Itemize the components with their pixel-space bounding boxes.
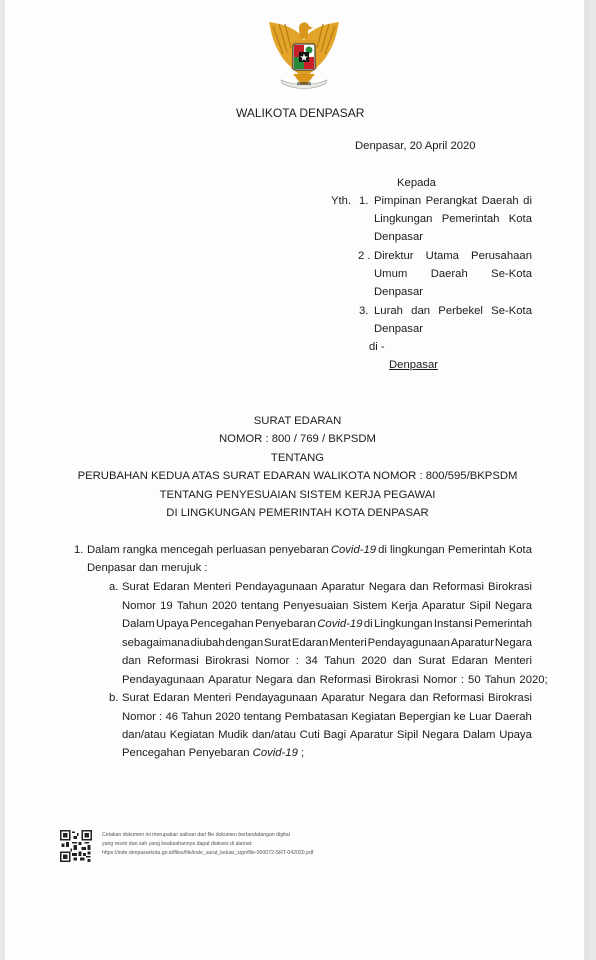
covid-term: Covid-19 — [253, 747, 298, 759]
word: Tahun — [324, 655, 355, 667]
footer-line-1: Cetakan dokumen ini merupakan salinan da… — [102, 832, 290, 838]
word: Tahun — [181, 711, 212, 723]
sub-a-number: a. — [109, 581, 118, 593]
word: Upaya — [499, 729, 532, 741]
word: Reformasi — [433, 692, 484, 704]
word: Birokrasi — [375, 674, 419, 686]
word: Pemerintah — [442, 213, 500, 225]
body-line: dan/atauKegiatanMudikdan/atauCutiBagiApa… — [122, 729, 532, 741]
word: dan — [122, 655, 141, 667]
word: Bagi — [323, 729, 346, 741]
word: Menteri — [329, 637, 367, 649]
doc-type: SURAT EDARAN — [5, 415, 590, 427]
recipient-number: 1. — [359, 195, 368, 207]
word: Edaran — [451, 655, 487, 667]
yth-label: Yth. — [331, 195, 351, 207]
place-date: Denpasar, 20 April 2020 — [355, 140, 476, 152]
word: Tahun — [177, 600, 208, 612]
covid-term: Covid-19 — [331, 544, 376, 556]
word: Negara — [369, 692, 406, 704]
word: Dalam — [122, 618, 155, 630]
sub-b-last-line: Pencegahan Penyebaran Covid-19 ; — [122, 747, 304, 759]
recipient-line: PimpinanPerangkatDaerahdi — [374, 195, 532, 207]
item-1-line-1: Dalam rangka mencegah perluasan penyebar… — [87, 544, 532, 556]
word: Mudik — [218, 729, 248, 741]
word: 2020 — [212, 600, 237, 612]
word: Luar — [469, 711, 492, 723]
word: : — [461, 674, 464, 686]
word: dan — [410, 581, 429, 593]
word: Aparatur — [321, 581, 364, 593]
doc-number: NOMOR : 800 / 769 / BKPSDM — [5, 433, 590, 445]
word: Se-Kota — [491, 305, 532, 317]
word: Perangkat — [426, 195, 478, 207]
letter-page: WALIKOTA DENPASAR Denpasar, 20 April 202… — [5, 0, 590, 960]
word: Denpasar — [374, 286, 423, 298]
body-line: SuratEdaranMenteriPendayagunaanAparaturN… — [122, 692, 532, 704]
word: Negara — [495, 637, 532, 649]
word: Penyebaran — [255, 618, 316, 630]
word: Aparatur — [350, 729, 393, 741]
item-1-line-2: Denpasar dan merujuk : — [87, 562, 208, 574]
word: Perusahaan — [471, 250, 532, 262]
word: di — [364, 618, 373, 630]
recipient-line: Denpasar — [374, 231, 423, 243]
word: Aparatur — [208, 674, 251, 686]
word: Daerah — [431, 268, 468, 280]
word: Utama — [426, 250, 459, 262]
recipient-number: 3. — [359, 305, 368, 317]
recipient-line: UmumDaerahSe-Kota — [374, 268, 532, 280]
garuda-emblem-icon — [263, 18, 345, 94]
word: sebagaimana — [122, 637, 190, 649]
body-line: Nomor19Tahun2020tentangPenyesuaianSistem… — [122, 600, 532, 612]
word: Dalam — [463, 729, 496, 741]
word: Kerja — [391, 600, 417, 612]
office-title: WALIKOTA DENPASAR — [236, 106, 364, 120]
word: 34 — [305, 655, 318, 667]
word: Negara — [495, 600, 532, 612]
word: Edaran — [153, 581, 189, 593]
word: Edaran — [153, 692, 189, 704]
text: Pencegahan Penyebaran — [122, 747, 250, 759]
word: Menteri — [193, 692, 231, 704]
doc-subject-1: PERUBAHAN KEDUA ATAS SURAT EDARAN WALIKO… — [5, 470, 590, 482]
qr-code-icon — [60, 830, 92, 862]
word: dan/atau — [122, 729, 166, 741]
word: Birokrasi — [205, 655, 249, 667]
word: Nomor — [122, 711, 156, 723]
word: Bepergian — [399, 711, 451, 723]
word: Aparatur — [321, 692, 364, 704]
word: Se-Kota — [491, 268, 532, 280]
word: Sistem — [353, 600, 388, 612]
doc-subject-3: DI LINGKUNGAN PEMERINTAH KOTA DENPASAR — [5, 507, 590, 519]
word: Sipil — [469, 600, 490, 612]
word: Negara — [422, 729, 459, 741]
word: 19 — [160, 600, 173, 612]
word: Denpasar — [374, 323, 423, 335]
word: Pimpinan — [374, 195, 421, 207]
word: 2020; — [519, 674, 547, 686]
word: Pendayagunaan — [368, 637, 450, 649]
word: Menteri — [494, 655, 532, 667]
word: dan — [297, 674, 316, 686]
word: dan/atau — [252, 729, 296, 741]
body-line: sebagaimanadiubahdenganSuratEdaranMenter… — [122, 637, 532, 649]
word: Pembatasan — [285, 711, 348, 723]
word: Sipil — [397, 729, 418, 741]
body-line: PendayagunaanAparaturNegaradanReformasiB… — [122, 674, 532, 686]
word: Nomor — [423, 674, 457, 686]
text: Dalam rangka mencegah perluasan penyebar… — [87, 544, 329, 556]
doc-subject-2: TENTANG PENYESUAIAN SISTEM KERJA PEGAWAI — [5, 489, 590, 501]
word: Kegiatan — [170, 729, 215, 741]
word: Upaya — [156, 618, 189, 630]
recipient-number: 2 . — [358, 250, 371, 262]
recipient-line: Denpasar — [374, 286, 423, 298]
word: Birokrasi — [488, 692, 532, 704]
word: Kota — [509, 213, 532, 225]
word: Aparatur — [451, 637, 494, 649]
recipient-line: LurahdanPerbekelSe-Kota — [374, 305, 532, 317]
word: Nomor — [255, 655, 289, 667]
word: Daerah — [482, 195, 519, 207]
word: : — [296, 655, 299, 667]
word: dengan — [225, 637, 263, 649]
word: Tahun — [485, 674, 516, 686]
word: dan — [411, 305, 430, 317]
kepada-label: Kepada — [397, 177, 436, 189]
item-1-number: 1. — [74, 544, 83, 556]
word: Aparatur — [422, 600, 465, 612]
word: Lurah — [374, 305, 403, 317]
word: Cuti — [300, 729, 320, 741]
word: Pencegahan — [190, 618, 253, 630]
word: 50 — [468, 674, 481, 686]
word: Surat — [122, 692, 149, 704]
word: Direktur — [374, 250, 414, 262]
di-label: di - — [369, 341, 385, 353]
destination-location: Denpasar — [389, 359, 438, 371]
word: di — [523, 195, 532, 207]
body-line: SuratEdaranMenteriPendayagunaanAparaturN… — [122, 581, 532, 593]
body-line: DalamUpayaPencegahanPenyebaranCovid-19di… — [122, 618, 532, 630]
word: Pemerintah — [474, 618, 532, 630]
word: diubah — [191, 637, 225, 649]
word: Perbekel — [438, 305, 483, 317]
text: di lingkungan Pemerintah Kota — [378, 544, 532, 556]
recipient-line: LingkunganPemerintahKota — [374, 213, 532, 225]
word: Denpasar — [374, 231, 423, 243]
word: 2020 — [215, 711, 240, 723]
covid-term: Covid-19 — [317, 618, 362, 630]
word: Surat — [418, 655, 445, 667]
word: Pendayagunaan — [235, 692, 317, 704]
body-line: Nomor:46Tahun2020tentangPembatasanKegiat… — [122, 711, 532, 723]
sub-b-number: b. — [109, 692, 118, 704]
word: Daerah — [495, 711, 532, 723]
word: Menteri — [193, 581, 231, 593]
word: Negara — [256, 674, 293, 686]
word: Umum — [374, 268, 407, 280]
word: Pendayagunaan — [122, 674, 204, 686]
recipient-line: Denpasar — [374, 323, 423, 335]
footer-line-2: yang resmi dan sah yang keabsahannya dap… — [102, 841, 253, 847]
word: Lingkungan — [374, 213, 432, 225]
word: Pendayagunaan — [235, 581, 317, 593]
word: Penyesuaian — [283, 600, 348, 612]
word: tentang — [244, 711, 282, 723]
word: dan — [393, 655, 412, 667]
word: Lingkungan — [374, 618, 432, 630]
word: Negara — [369, 581, 406, 593]
word: Surat — [122, 581, 149, 593]
word: Kegiatan — [351, 711, 396, 723]
word: Reformasi — [320, 674, 371, 686]
word: Edaran — [292, 637, 328, 649]
word: Reformasi — [433, 581, 484, 593]
text: ; — [298, 747, 304, 759]
word: 46 — [165, 711, 178, 723]
recipient-line: DirekturUtamaPerusahaan — [374, 250, 532, 262]
footer-url[interactable]: https://inde.denpasarkota.go.id/files/fi… — [102, 850, 313, 856]
word: Reformasi — [147, 655, 198, 667]
word: dan — [410, 692, 429, 704]
doc-tentang: TENTANG — [5, 452, 590, 464]
word: tentang — [241, 600, 279, 612]
word: Surat — [264, 637, 291, 649]
word: Instansi — [434, 618, 473, 630]
word: : — [159, 711, 162, 723]
word: Birokrasi — [488, 581, 532, 593]
word: Nomor — [122, 600, 156, 612]
word: ke — [454, 711, 466, 723]
body-line: danReformasiBirokrasiNomor:34Tahun2020da… — [122, 655, 532, 667]
word: 2020 — [361, 655, 386, 667]
